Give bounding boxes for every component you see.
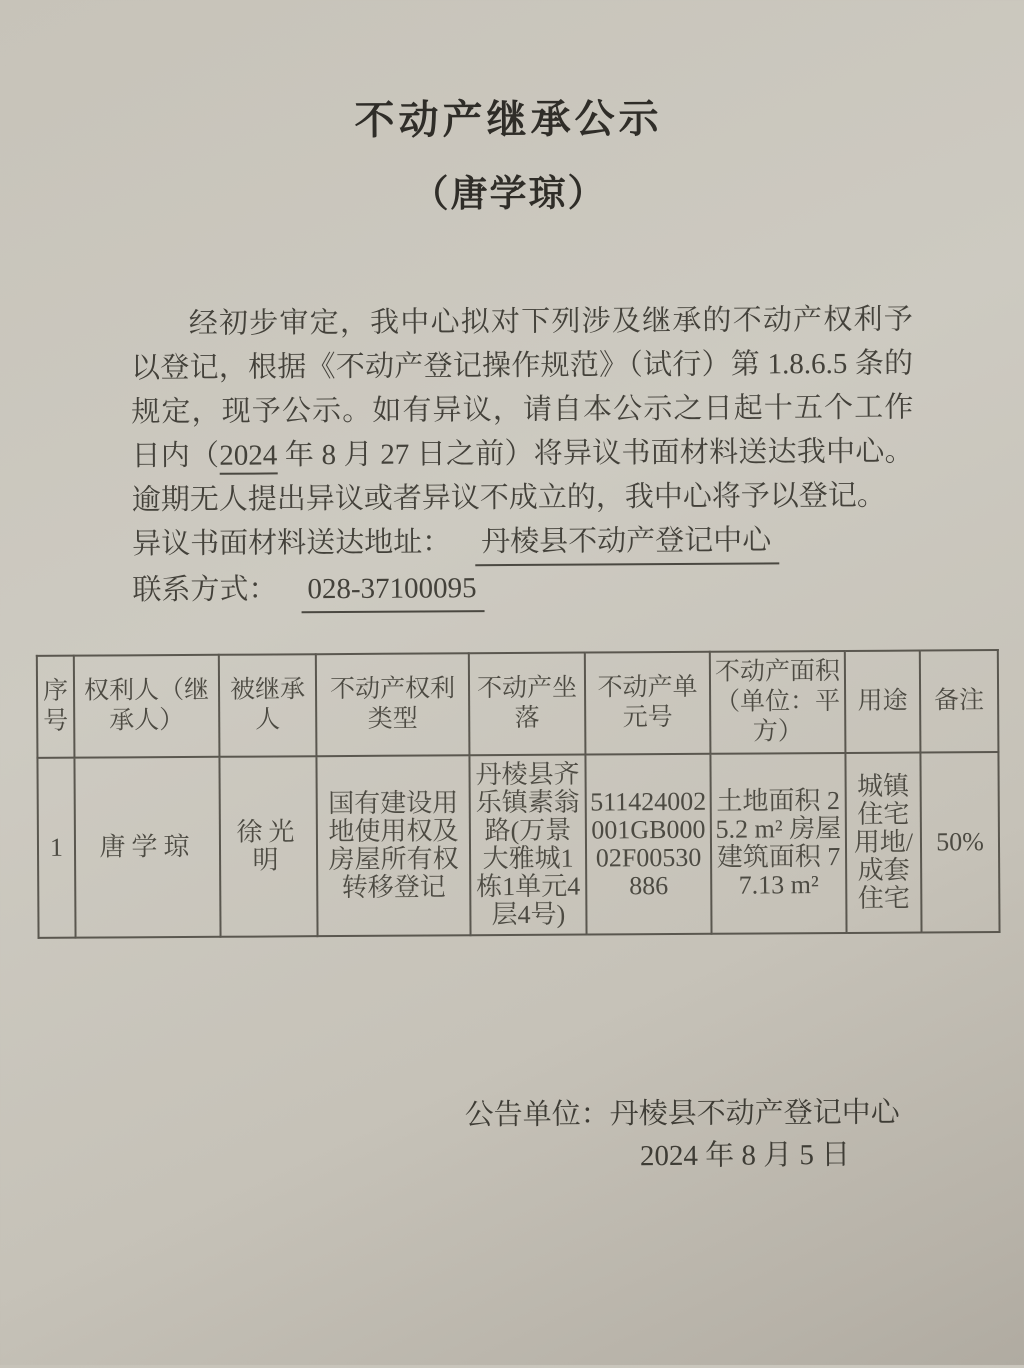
doc-subtitle: （唐学琼） [0,169,1021,221]
cell-seq: 1 [37,758,75,938]
col-header-unit-no: 不动产单元号 [585,652,711,755]
doc-title: 不动产继承公示 [0,0,1021,147]
property-table: 序号 权利人（继承人） 被继承人 不动产权利类型 不动产坐落 不动产单元号 不动… [36,649,1001,939]
col-header-seq: 序号 [37,656,75,758]
col-header-area: 不动产面积（单位：平方） [710,651,846,754]
col-header-usage: 用途 [845,651,921,753]
notice-paragraph: 经初步审定，我中心拟对下列涉及继承的不动产权利予以登记，根据《不动产登记操作规范… [131,298,914,523]
doc-footer: 公告单位：丹棱县不动产登记中心 2024 年 8 月 5 日 [465,1091,1024,1178]
col-header-decedent: 被继承人 [219,654,317,757]
table-row: 1 唐学琼 徐光明 国有建设用地使用权及房屋所有权转移登记 丹棱县齐乐镇素翁路(… [37,752,999,938]
cell-remark: 50% [920,752,999,932]
cell-heir: 唐学琼 [74,757,220,938]
cell-unit-no: 511424002001GB00002F00530886 [585,754,711,935]
contact-value: 028-37100095 [301,569,484,613]
issuer-label: 公告单位： [465,1098,610,1131]
doc-body: 经初步审定，我中心拟对下列涉及继承的不动产权利予以登记，根据《不动产登记操作规范… [131,298,915,615]
cell-decedent: 徐光明 [219,756,317,937]
cell-right-type: 国有建设用地使用权及房屋所有权转移登记 [316,755,470,936]
contact-label: 联系方式： [132,573,277,606]
col-header-remark: 备注 [920,650,999,752]
col-header-right-type: 不动产权利类型 [316,653,470,756]
cell-location: 丹棱县齐乐镇素翁路(万景大雅城1栋1单元4层4号) [469,755,586,936]
address-label: 异议书面材料送达地址： [132,526,451,560]
address-value: 丹棱县不动产登记中心 [475,521,779,566]
document-page: 不动产继承公示 （唐学琼） 经初步审定，我中心拟对下列涉及继承的不动产权利予以登… [0,0,1024,1365]
table-header-row: 序号 权利人（继承人） 被继承人 不动产权利类型 不动产坐落 不动产单元号 不动… [37,650,999,758]
cell-area: 土地面积 25.2 m² 房屋建筑面积 77.13 m² [710,753,846,934]
date-line: 2024 年 8 月 5 日 [640,1133,1024,1177]
contact-line: 联系方式：028-37100095 [132,564,914,615]
address-line: 异议书面材料送达地址：丹棱县不动产登记中心 [132,518,914,569]
issuer-line: 公告单位：丹棱县不动产登记中心 [465,1091,1024,1136]
underlined-year: 2024 [219,439,277,474]
cell-usage: 城镇住宅用地/成套住宅 [845,753,921,933]
col-header-heir: 权利人（继承人） [74,655,220,758]
col-header-location: 不动产坐落 [469,653,586,756]
issuer-value: 丹棱县不动产登记中心 [610,1097,900,1131]
